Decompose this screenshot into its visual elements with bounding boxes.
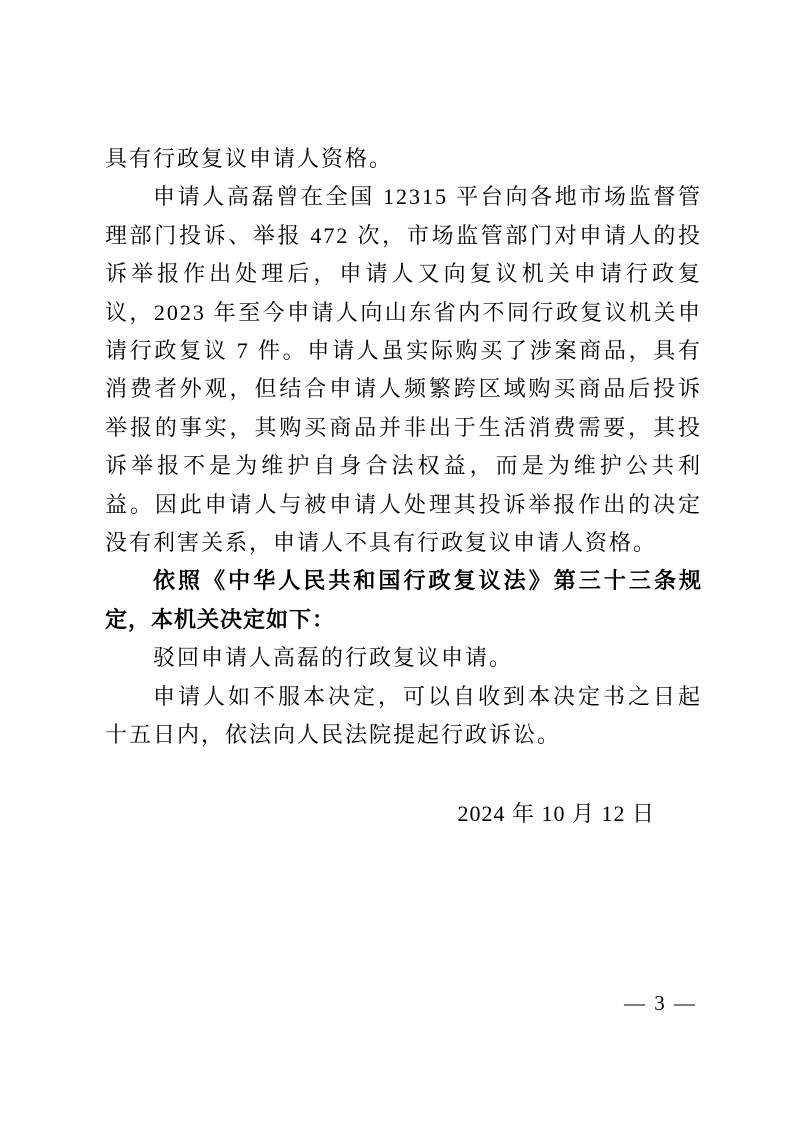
document-body: 具有行政复议申请人资格。 申请人高磊曾在全国 12315 平台向各地市场监督管理… — [105, 140, 702, 829]
paragraph-decision-basis: 依照《中华人民共和国行政复议法》第三十三条规定，本机关决定如下： — [105, 562, 702, 639]
paragraph-appeal-rights: 申请人如不服本决定，可以自收到本决定书之日起十五日内，依法向人民法院提起行政诉讼… — [105, 678, 702, 755]
paragraph-continuation: 具有行政复议申请人资格。 — [105, 140, 702, 178]
paragraph-decision-result: 驳回申请人高磊的行政复议申请。 — [105, 639, 702, 677]
document-page: 具有行政复议申请人资格。 申请人高磊曾在全国 12315 平台向各地市场监督管理… — [0, 0, 794, 1123]
page-number: — 3 — — [624, 991, 697, 1015]
paragraph-case-facts: 申请人高磊曾在全国 12315 平台向各地市场监督管理部门投诉、举报 472 次… — [105, 178, 702, 562]
document-date: 2024 年 10 月 12 日 — [105, 799, 702, 829]
